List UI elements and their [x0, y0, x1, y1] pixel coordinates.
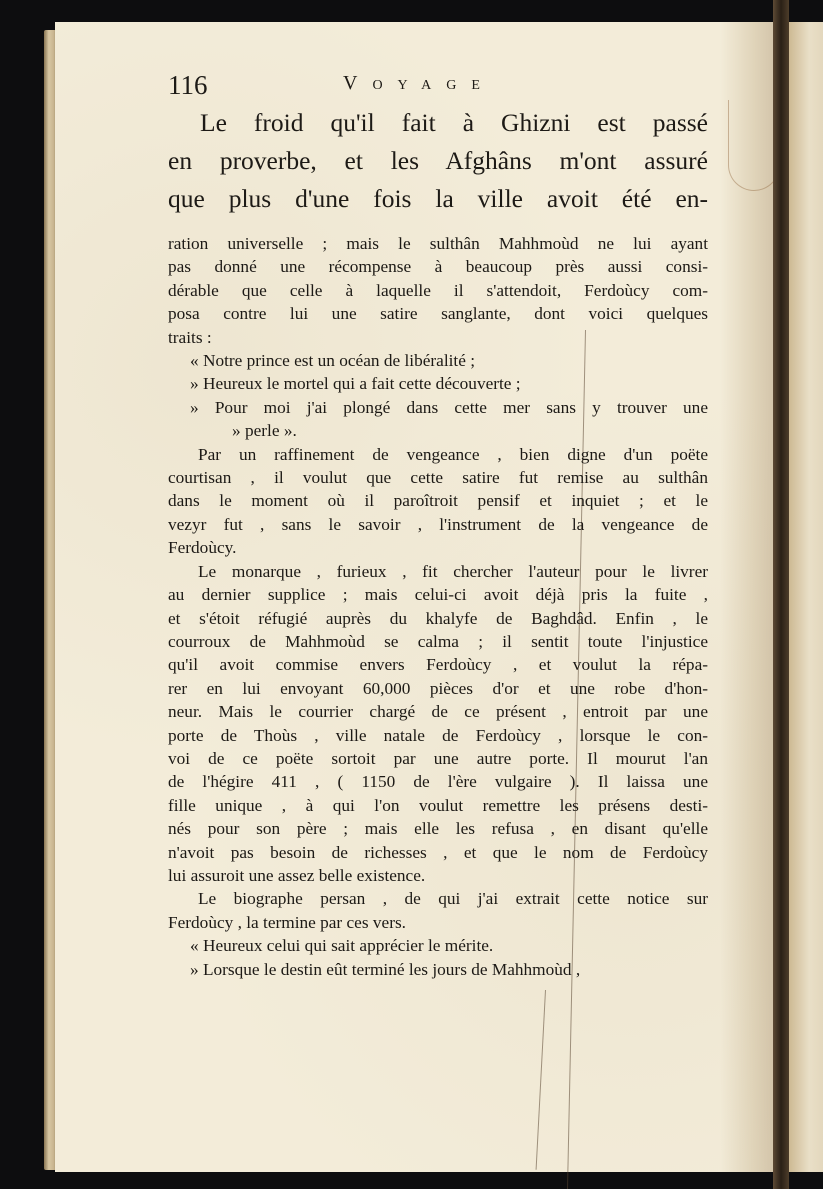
page-fold-shadow — [720, 22, 776, 1172]
text-line: courroux de Mahhmoùd se calma ; il senti… — [168, 630, 708, 653]
text-line: dérable que celle à laquelle il s'attend… — [168, 279, 708, 302]
text-line: qu'il avoit commise envers Ferdoùcy , et… — [168, 653, 708, 676]
text-line: Par un raffinement de vengeance , bien d… — [168, 443, 708, 466]
verse-line: » perle ». — [168, 419, 708, 442]
text-line: Le biographe persan , de qui j'ai extrai… — [168, 887, 708, 910]
lead-line: en proverbe, et les Afghâns m'ont assuré — [168, 142, 708, 180]
verse-line: » Pour moi j'ai plongé dans cette mer sa… — [168, 396, 708, 419]
text-line: Ferdoùcy. — [168, 536, 708, 559]
running-head: 116 Voyage — [168, 70, 708, 104]
page-number: 116 — [168, 70, 208, 101]
text-line: ration universelle ; mais le sulthân Mah… — [168, 232, 708, 255]
text-line: fille unique , à qui l'on voulut remettr… — [168, 794, 708, 817]
text-line: et s'étoit réfugié auprès du khalyfe de … — [168, 607, 708, 630]
text-line: posa contre lui une satire sanglante, do… — [168, 302, 708, 325]
text-line: Ferdoùcy , la termine par ces vers. — [168, 911, 708, 934]
text-line: courtisan , il voulut que cette satire f… — [168, 466, 708, 489]
text-column: 116 Voyage Le froid qu'il fait à Ghizni … — [168, 70, 708, 981]
lead-line: Le froid qu'il fait à Ghizni est passé — [168, 104, 708, 142]
text-line: porte de Thoùs , ville natale de Ferdoùc… — [168, 724, 708, 747]
paragraph-biographer: Le biographe persan , de qui j'ai extrai… — [168, 887, 708, 934]
verse-line: « Notre prince est un océan de libéralit… — [168, 349, 708, 372]
text-line: voi de ce poëte sortoit par une autre po… — [168, 747, 708, 770]
lead-paragraph: Le froid qu'il fait à Ghizni est passé e… — [168, 104, 708, 218]
text-line: n'avoit pas besoin de richesses , et que… — [168, 841, 708, 864]
text-line: nés pour son père ; mais elle les refusa… — [168, 817, 708, 840]
lead-line: que plus d'une fois la ville avoit été e… — [168, 180, 708, 218]
text-line: lui assuroit une assez belle existence. — [168, 864, 708, 887]
running-head-title: Voyage — [343, 72, 495, 95]
verse-line: » Heureux le mortel qui a fait cette déc… — [168, 372, 708, 395]
text-line: neur. Mais le courrier chargé de ce prés… — [168, 700, 708, 723]
text-line: Le monarque , furieux , fit chercher l'a… — [168, 560, 708, 583]
text-line: de l'hégire 411 , ( 1150 de l'ère vulgai… — [168, 770, 708, 793]
facing-page-edge — [789, 22, 823, 1172]
verse-closing: « Heureux celui qui sait apprécier le mé… — [168, 934, 708, 981]
text-line: vezyr fut , sans le savoir , l'instrumen… — [168, 513, 708, 536]
text-line: pas donné une récompense à beaucoup près… — [168, 255, 708, 278]
paragraph-vengeance: Par un raffinement de vengeance , bien d… — [168, 443, 708, 560]
text-line: au dernier supplice ; mais celui-ci avoi… — [168, 583, 708, 606]
paragraph-monarch: Le monarque , furieux , fit chercher l'a… — [168, 560, 708, 888]
body-text: ration universelle ; mais le sulthân Mah… — [168, 232, 708, 981]
verse-line: » Lorsque le destin eût terminé les jour… — [168, 958, 708, 981]
text-line: rer en lui envoyant 60,000 pièces d'or e… — [168, 677, 708, 700]
verse-line: « Heureux celui qui sait apprécier le mé… — [168, 934, 708, 957]
book-gutter — [773, 0, 789, 1189]
text-line: traits : — [168, 326, 708, 349]
paragraph-satire-intro: ration universelle ; mais le sulthân Mah… — [168, 232, 708, 349]
text-line: dans le moment où il paroîtroit pensif e… — [168, 489, 708, 512]
verse-satire: « Notre prince est un océan de libéralit… — [168, 349, 708, 443]
